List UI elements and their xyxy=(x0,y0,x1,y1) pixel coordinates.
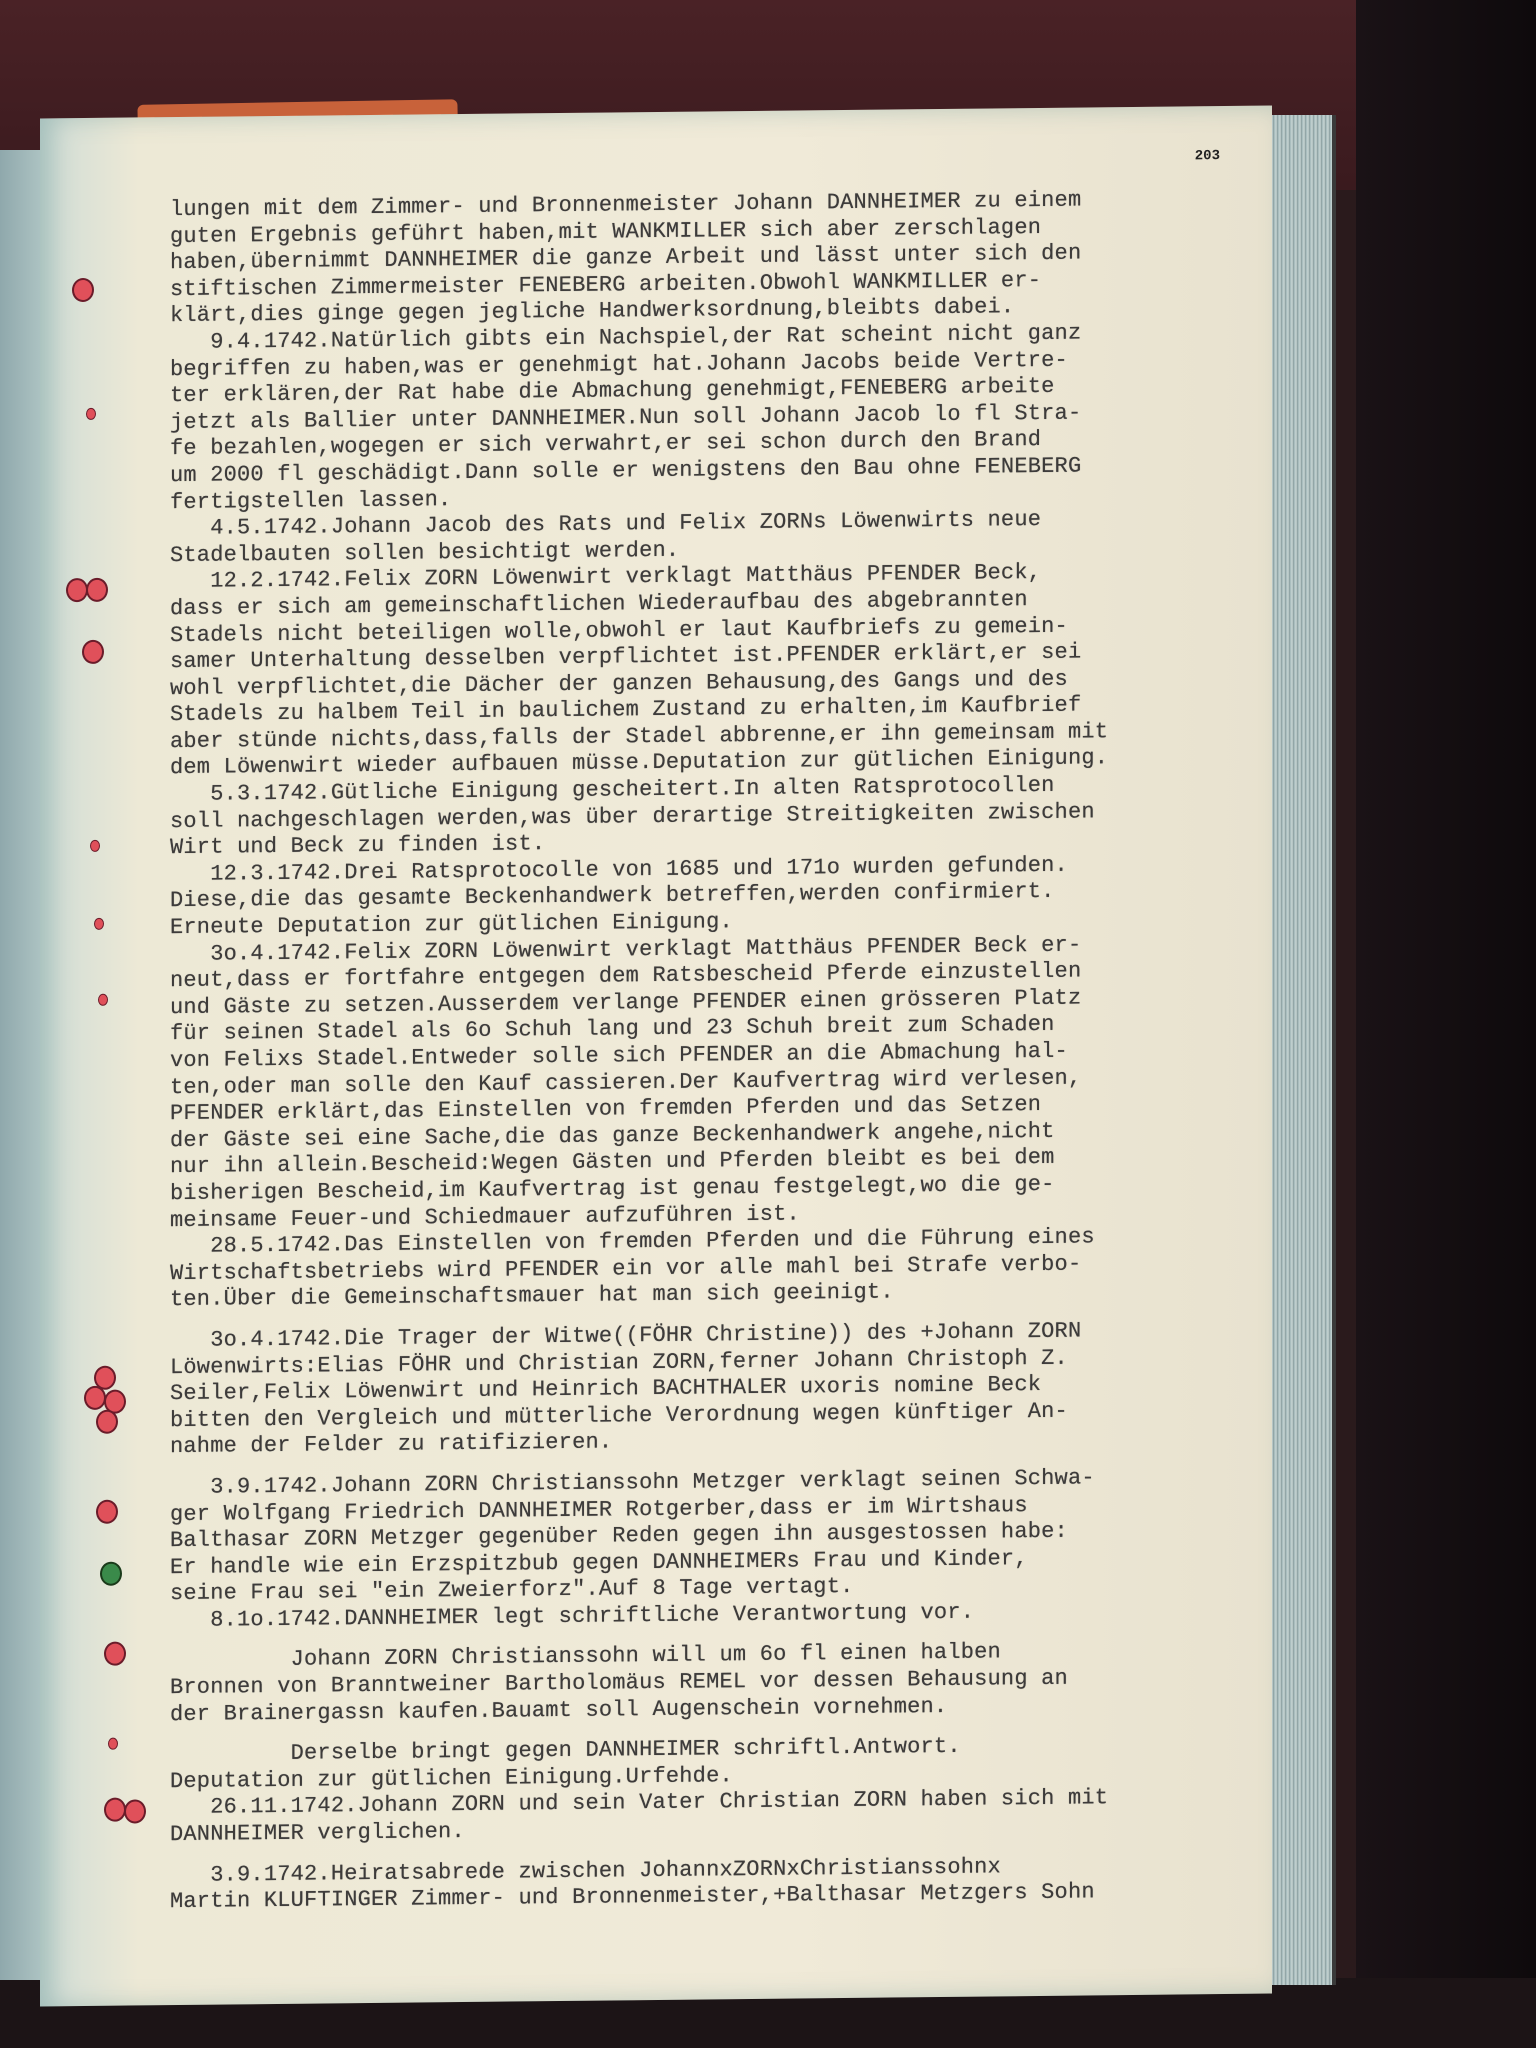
margin-marker xyxy=(72,278,94,302)
margin-marker xyxy=(86,408,96,420)
margin-marker xyxy=(66,578,88,602)
margin-marker xyxy=(104,1642,126,1666)
margin-marker xyxy=(82,640,104,664)
margin-marker xyxy=(124,1799,146,1823)
margin-marker xyxy=(108,1738,118,1750)
document-page: 203 lungen mit dem Zimmer- und Bronnenme… xyxy=(40,106,1272,2007)
margin-marker xyxy=(100,1562,122,1586)
margin-marker xyxy=(96,1410,118,1434)
background-shadow xyxy=(1356,0,1536,2048)
margin-marker xyxy=(90,840,100,852)
page-number: 203 xyxy=(1195,148,1220,164)
margin-marker xyxy=(84,1386,106,1410)
margin-marker xyxy=(98,994,108,1006)
margin-marker xyxy=(94,918,104,930)
typewritten-text: lungen mit dem Zimmer- und Bronnenmeiste… xyxy=(170,185,1300,1916)
margin-marker xyxy=(104,1798,126,1822)
margin-marker xyxy=(96,1500,118,1524)
margin-marker xyxy=(86,578,108,602)
